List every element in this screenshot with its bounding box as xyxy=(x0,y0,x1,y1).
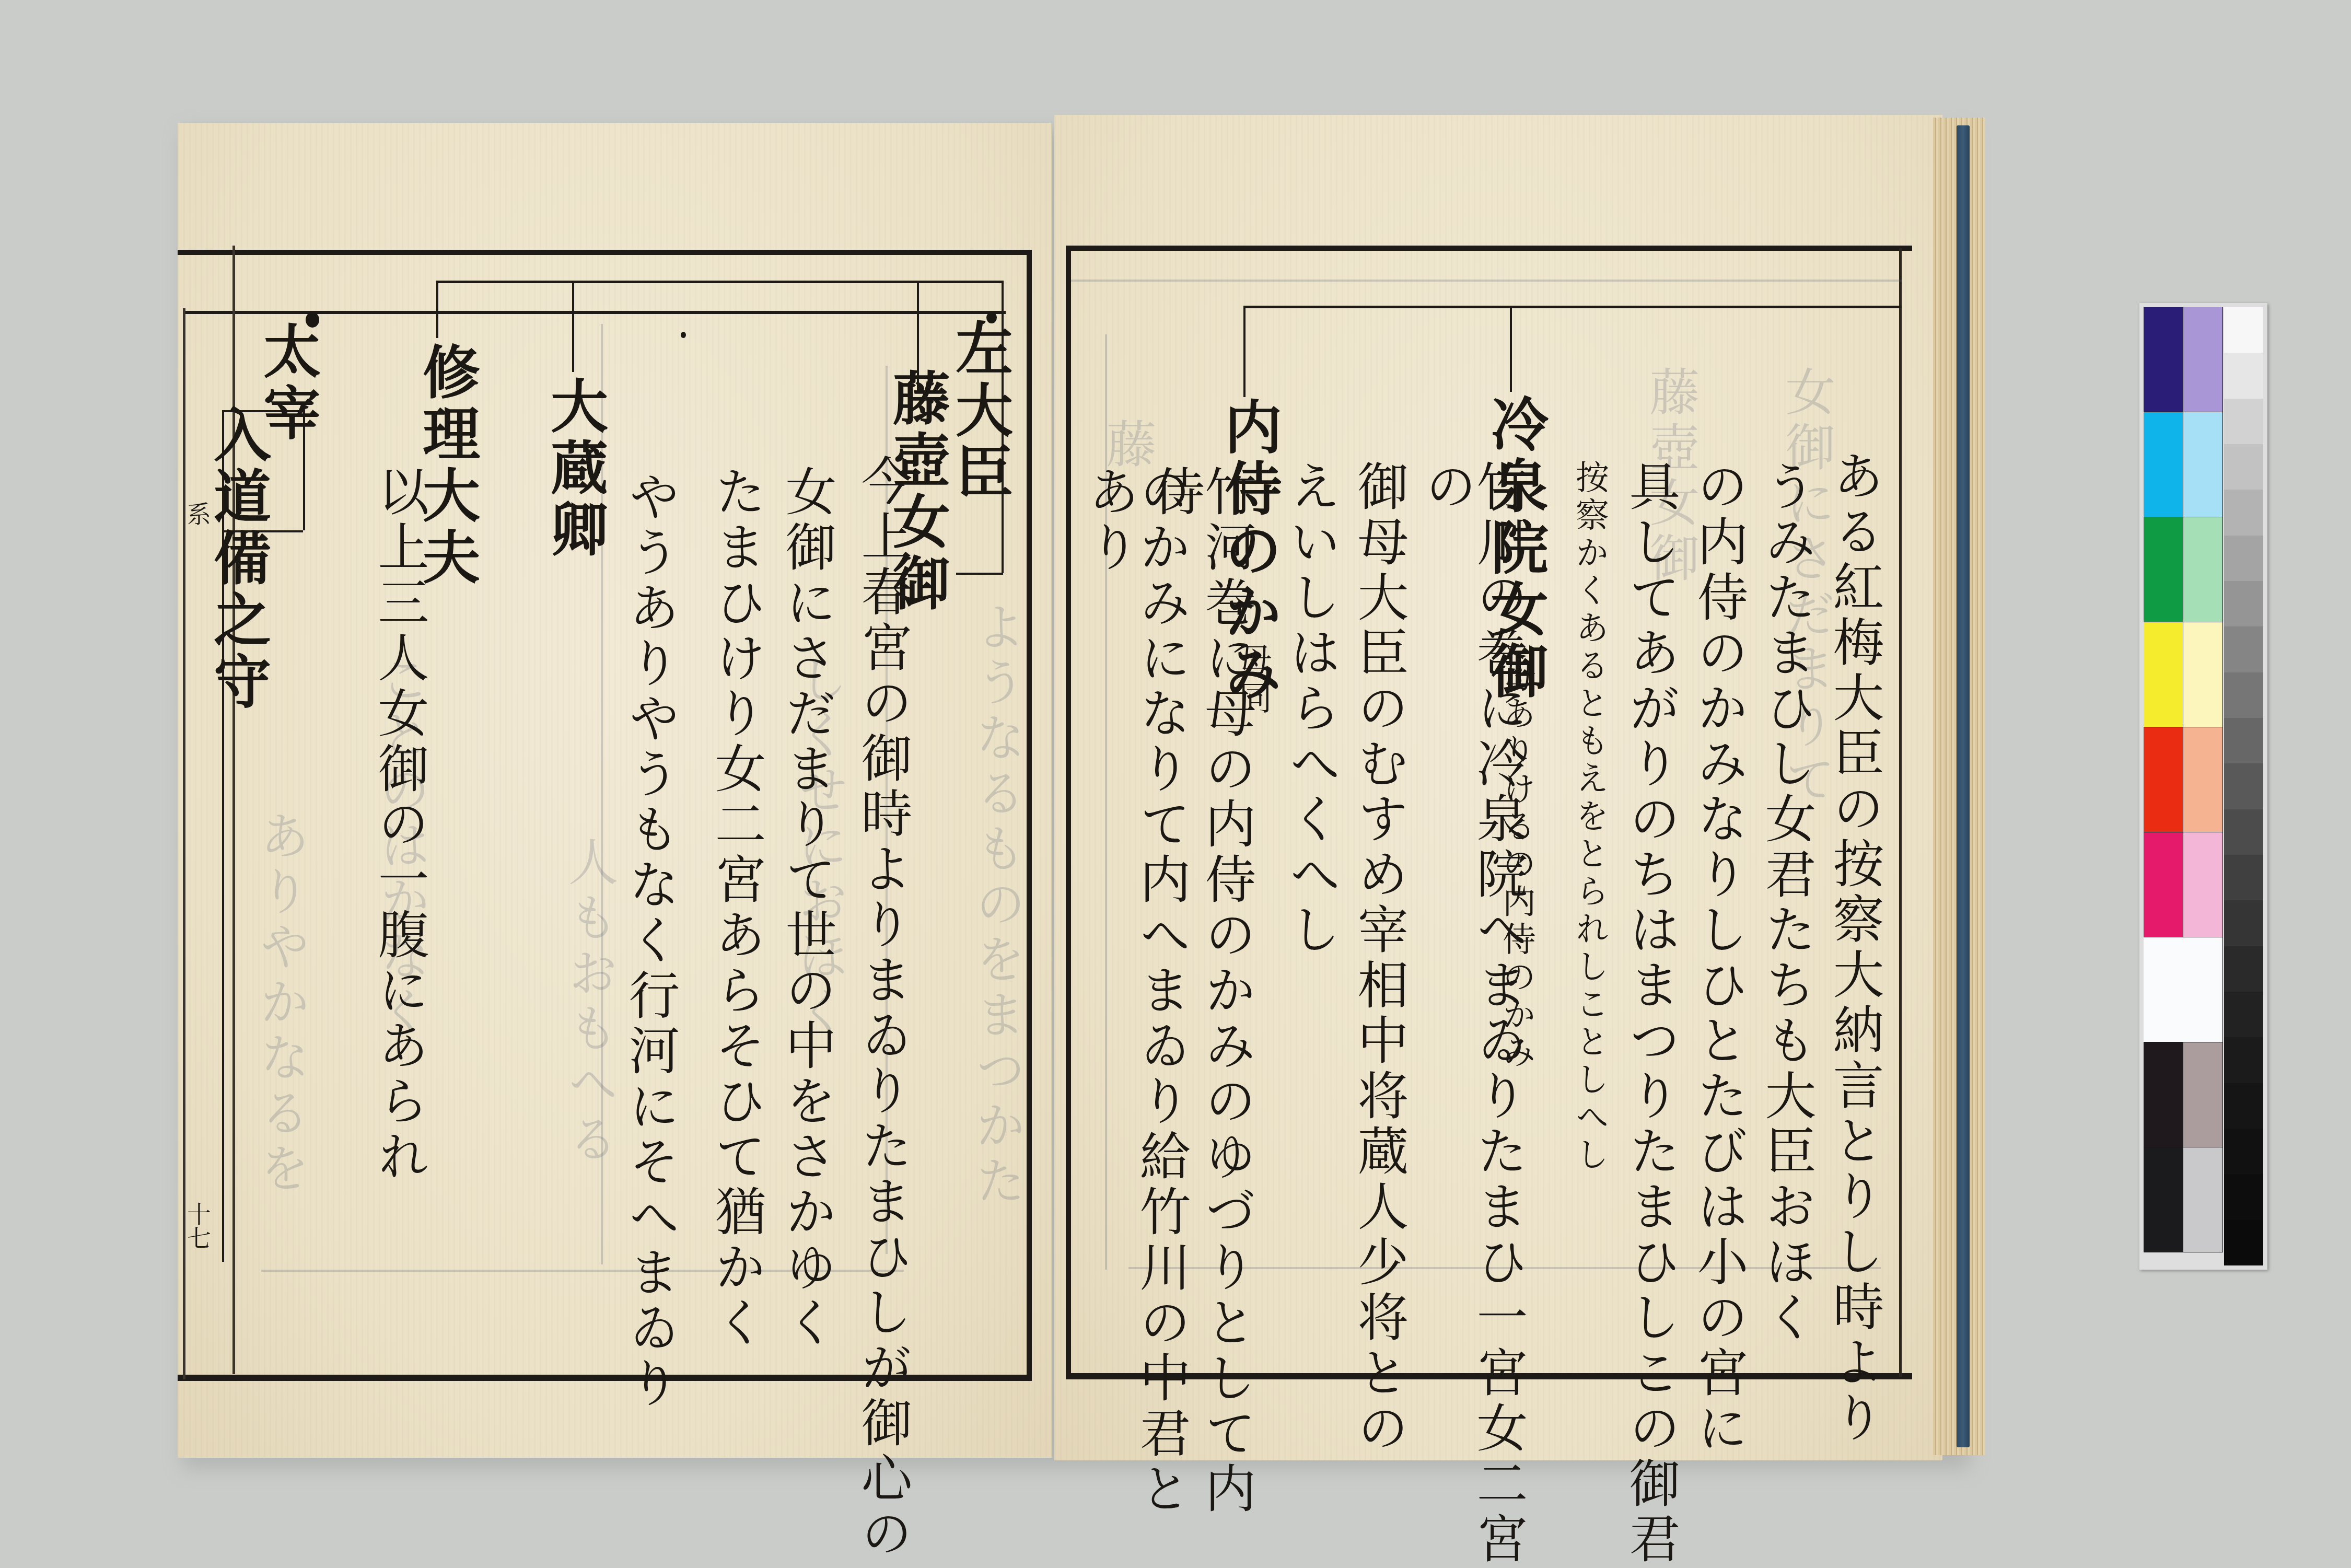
swatch-row xyxy=(2144,832,2223,937)
gray-step xyxy=(2224,581,2263,626)
color-swatch xyxy=(2144,307,2183,412)
swatch-row xyxy=(2144,1147,2223,1252)
gray-step xyxy=(2224,1129,2263,1174)
gray-step xyxy=(2224,855,2263,900)
swatch-row xyxy=(2144,937,2223,1042)
gray-step xyxy=(2224,1220,2263,1265)
color-swatch xyxy=(2144,727,2183,832)
text-column-nyudo: 入道備之守 xyxy=(178,405,266,713)
color-swatch xyxy=(2144,832,2183,937)
genealogy-line-reizei xyxy=(1510,306,1512,392)
gray-step xyxy=(2224,900,2263,946)
gray-step xyxy=(2224,1037,2263,1083)
gray-step xyxy=(2224,536,2263,581)
show-through-text: ようなるものをまつかた xyxy=(961,601,1033,1210)
color-swatch xyxy=(2144,1042,2183,1147)
genealogy-line-horizontal xyxy=(1243,306,1902,308)
color-swatch xyxy=(2144,1147,2183,1252)
gray-step xyxy=(2224,399,2263,444)
gray-step xyxy=(2224,444,2263,490)
color-swatch xyxy=(2183,517,2223,622)
gray-step xyxy=(2224,672,2263,718)
blue-cover-edge xyxy=(1957,125,1970,1447)
text-column-sadaijin: 左大臣 xyxy=(951,319,1008,504)
gray-step xyxy=(2224,946,2263,992)
color-swatch xyxy=(2144,937,2223,1042)
color-swatch xyxy=(2183,727,2223,832)
text-column: 具してあがりのちはまつりたまひしこの御君 xyxy=(1625,460,1676,1567)
gray-step xyxy=(2224,718,2263,763)
swatch-row xyxy=(2144,517,2223,622)
swatch-row xyxy=(2144,412,2223,517)
color-swatch xyxy=(2183,622,2223,727)
gray-step xyxy=(2224,626,2263,672)
show-through-text: 人もおもへる xyxy=(554,836,625,1168)
genealogy-line-naishi xyxy=(1243,306,1246,397)
text-column-note: 按察かくあるともえをとられしことしへし xyxy=(1573,460,1606,1175)
color-swatch xyxy=(2183,832,2223,937)
gray-step xyxy=(2224,809,2263,855)
ink-speck xyxy=(681,332,686,338)
gray-step xyxy=(2224,763,2263,809)
color-calibration-target xyxy=(2139,303,2267,1270)
text-column: のかみになりて内へまゐり給竹川の中君とあり xyxy=(1084,465,1186,1568)
gray-step xyxy=(2224,1083,2263,1129)
gray-scale-strip xyxy=(2224,307,2263,1265)
show-through-text: ありやかなるを xyxy=(246,810,317,1198)
gray-step xyxy=(2224,490,2263,535)
text-column-okura: 大蔵卿 xyxy=(546,376,603,561)
right-top-guide xyxy=(1071,280,1902,282)
sadaijin-bracket xyxy=(956,573,1003,575)
gray-step xyxy=(2224,992,2263,1037)
text-column: えいしはらへくへし xyxy=(1285,460,1336,958)
color-swatch xyxy=(2144,622,2183,727)
swatch-row xyxy=(2144,727,2223,832)
swatch-row xyxy=(2144,622,2223,727)
gray-step xyxy=(2224,353,2263,398)
swatch-row xyxy=(2144,307,2223,412)
gray-step xyxy=(2224,307,2263,353)
genealogy-line-okura xyxy=(572,281,574,372)
swatch-row xyxy=(2144,1042,2223,1147)
genealogy-line-shuri xyxy=(436,281,438,338)
color-swatch xyxy=(2183,307,2223,412)
right-margin-rule xyxy=(1899,248,1902,1377)
text-column: 今上春宮の御時よりまゐりたまひしが御心の xyxy=(857,455,908,1562)
text-column: 女御にさだまりて世の中をさかゆく xyxy=(781,465,832,1351)
color-swatch xyxy=(2144,517,2183,622)
color-swatch xyxy=(2144,412,2183,517)
color-swatch xyxy=(2183,1042,2223,1147)
text-column: やうありやうもなく行河にそへまゐり xyxy=(624,470,676,1412)
text-column: の内侍のかみなりしひとたびは小の宮に xyxy=(1693,460,1744,1457)
gray-step xyxy=(2224,1174,2263,1219)
page-number: 十七 xyxy=(180,1202,215,1250)
color-swatch xyxy=(2183,412,2223,517)
color-swatch xyxy=(2183,1147,2223,1252)
text-column: 以上三人女御の一腹にあられ xyxy=(374,465,425,1185)
color-swatch-grid xyxy=(2144,307,2223,1252)
text-column: 御母大臣のむすめ宰相中将蔵人少将との xyxy=(1353,460,1404,1457)
text-column: 竹川の巻に冷泉院へまゐりたまひ一宮女二宮の xyxy=(1421,460,1523,1568)
text-column: うみたまひし女君たちも大臣おほく xyxy=(1761,460,1812,1346)
text-column: ある紅梅大臣の按察大納言とりし時より xyxy=(1829,449,1880,1446)
text-column: たまひけり女二宮あらそひて猶かく xyxy=(711,465,762,1351)
